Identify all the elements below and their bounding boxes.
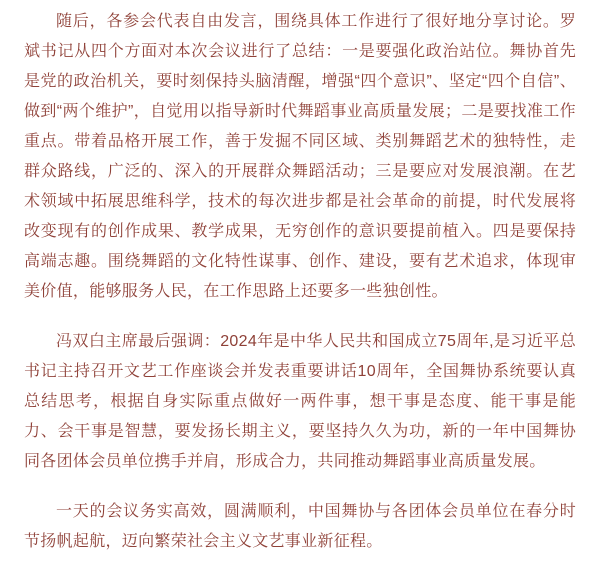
- paragraph-summary-luobin: 随后，各参会代表自由发言，围绕具体工作进行了很好地分享讨论。罗斌书记从四个方面对…: [24, 7, 576, 307]
- paragraph-closing: 一天的会议务实高效，圆满顺利，中国舞协与各团体会员单位在春分时节扬帆起航，迈向繁…: [24, 497, 576, 557]
- paragraph-remarks-fengshuangbai: 冯双白主席最后强调：2024年是中华人民共和国成立75周年,是习近平总书记主持召…: [24, 327, 576, 477]
- article-body: 随后，各参会代表自由发言，围绕具体工作进行了很好地分享讨论。罗斌书记从四个方面对…: [0, 0, 600, 557]
